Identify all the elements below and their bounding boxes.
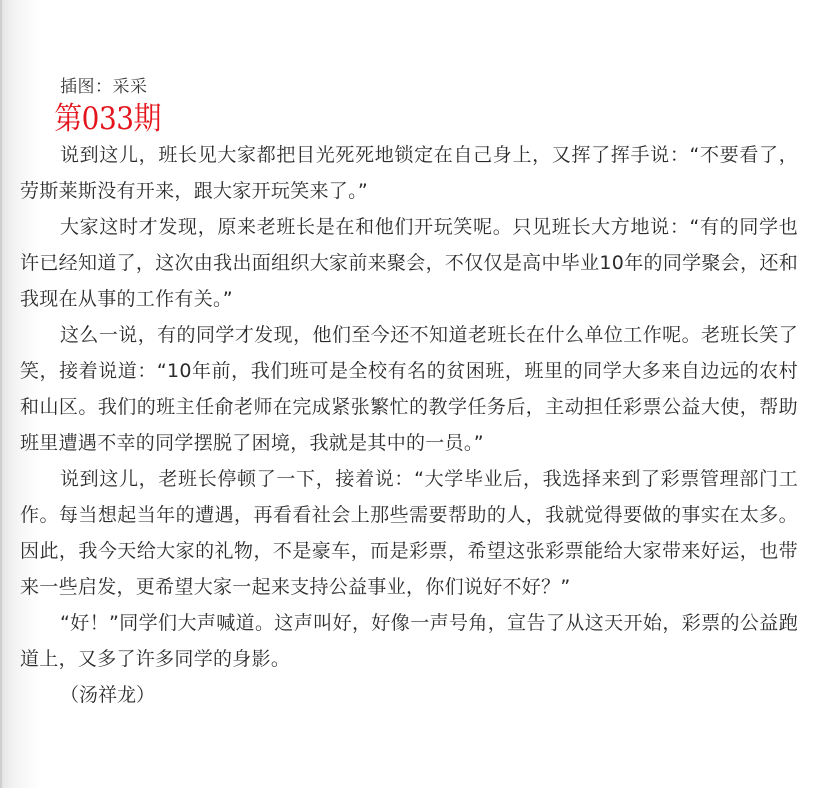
paragraph-4: 说到这儿，老班长停顿了一下，接着说：“大学毕业后，我选择来到了彩票管理部门工作。… (20, 461, 798, 605)
author-byline: （汤祥龙） (20, 677, 798, 713)
paragraph-5: “好！”同学们大声喊道。这声叫好，好像一声号角，宣告了从这天开始，彩票的公益跑道… (20, 605, 798, 677)
article: 插图：采采 第033期 说到这儿，班长见大家都把目光死死地锁定在自己身上，又挥了… (20, 74, 798, 713)
illustration-credit: 插图：采采 (20, 74, 798, 100)
paragraph-1: 说到这儿，班长见大家都把目光死死地锁定在自己身上，又挥了挥手说：“不要看了，劳斯… (20, 137, 798, 209)
paragraph-3: 这么一说，有的同学才发现，他们至今还不知道老班长在什么单位工作呢。老班长笑了笑，… (20, 317, 798, 461)
paragraph-2: 大家这时才发现，原来老班长是在和他们开玩笑呢。只见班长大方地说：“有的同学也许已… (20, 209, 798, 317)
issue-title: 第033期 (20, 101, 720, 137)
